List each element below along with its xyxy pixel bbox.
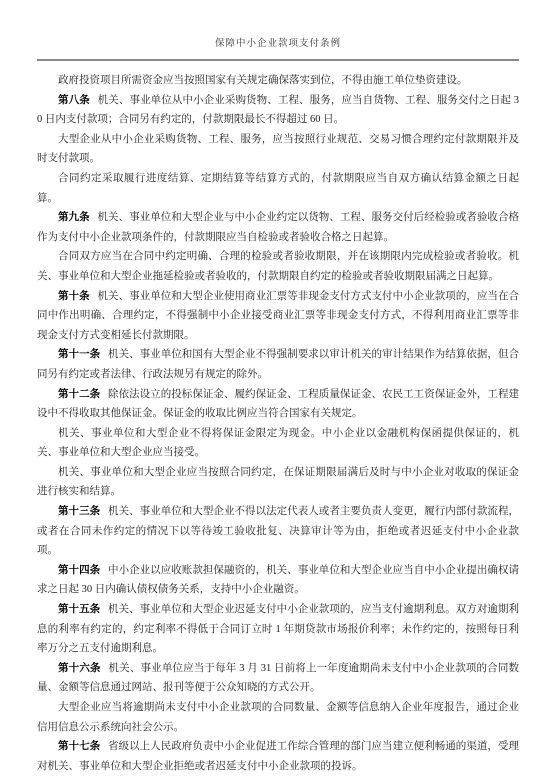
document-body: 政府投资项目所需资金应当按照国家有关规定确保落实到位，不得由施工单位垫资建设。 …: [37, 71, 519, 776]
paragraph-text: 中小企业以应收账款担保融资的，机关、事业单位和大型企业应当自中小企业提出确权请求…: [37, 565, 519, 596]
article-number: 第十三条: [58, 506, 100, 517]
document-paragraph: 第十一条机关、事业单位和国有大型企业不得强制要求以审计机关的审计结果作为结算依据…: [37, 345, 519, 384]
document-paragraph: 第十七条省级以上人民政府负责中小企业促进工作综合管理的部门应当建立便利畅通的渠道…: [37, 737, 519, 776]
paragraph-text: 机关、事业单位和国有大型企业不得强制要求以审计机关的审计结果作为结算依据，但合同…: [37, 349, 519, 380]
article-number: 第十一条: [58, 349, 100, 360]
paragraph-text: 机关、事业单位和大型企业与中小企业约定以货物、工程、服务交付后经检验或者验收合格…: [37, 212, 519, 243]
document-title: 保障中小企业款项支付条例: [215, 39, 341, 49]
document-paragraph: 第十五条机关、事业单位和大型企业迟延支付中小企业款项的，应当支付逾期利息。双方对…: [37, 600, 519, 659]
article-number: 第九条: [58, 212, 90, 223]
article-number: 第十二条: [58, 389, 100, 400]
paragraph-text: 机关、事业单位和大型企业使用商业汇票等非现金支付方式支付中小企业款项的，应当在合…: [37, 291, 519, 341]
page-header: 保障中小企业款项支付条例: [37, 0, 519, 61]
document-paragraph: 机关、事业单位和大型企业应当按照合同约定，在保证期限届满后及时与中小企业对收取的…: [37, 463, 519, 502]
document-paragraph: 大型企业应当将逾期尚未支付中小企业款项的合同数量、金额等信息纳入企业年度报告，通…: [37, 698, 519, 737]
paragraph-text: 机关、事业单位从中小企业采购货物、工程、服务，应当自货物、工程、服务交付之日起 …: [37, 95, 519, 126]
paragraph-text: 机关、事业单位和大型企业应当按照合同约定，在保证期限届满后及时与中小企业对收取的…: [37, 467, 519, 498]
document-paragraph: 第十条机关、事业单位和大型企业使用商业汇票等非现金支付方式支付中小企业款项的，应…: [37, 287, 519, 346]
document-paragraph: 第十二条除依法设立的投标保证金、履约保证金、工程质量保证金、农民工工资保证金外，…: [37, 385, 519, 424]
paragraph-text: 政府投资项目所需资金应当按照国家有关规定确保落实到位，不得由施工单位垫资建设。: [58, 75, 468, 86]
paragraph-text: 合同约定采取履行进度结算、定期结算等结算方式的，付款期限应当自双方确认结算金额之…: [37, 173, 519, 204]
document-paragraph: 第十六条机关、事业单位应当于每年 3 月 31 日前将上一年度逾期尚未支付中小企…: [37, 659, 519, 698]
paragraph-text: 省级以上人民政府负责中小企业促进工作综合管理的部门应当建立便利畅通的渠道，受理对…: [37, 741, 519, 772]
paragraph-text: 除依法设立的投标保证金、履约保证金、工程质量保证金、农民工工资保证金外，工程建设…: [37, 389, 519, 420]
paragraph-text: 合同双方应当在合同中约定明确、合理的检验或者验收期限，并在该期限内完成检验或者验…: [37, 251, 519, 282]
paragraph-text: 机关、事业单位和大型企业不得将保证金限定为现金。中小企业以金融机构保函提供保证的…: [37, 428, 519, 459]
paragraph-text: 机关、事业单位和大型企业不得以法定代表人或者主要负责人变更，履行内部付款流程，或…: [37, 506, 519, 556]
document-paragraph: 机关、事业单位和大型企业不得将保证金限定为现金。中小企业以金融机构保函提供保证的…: [37, 424, 519, 463]
document-paragraph: 第八条机关、事业单位从中小企业采购货物、工程、服务，应当自货物、工程、服务交付之…: [37, 91, 519, 130]
article-number: 第十五条: [58, 604, 100, 615]
document-paragraph: 第十四条中小企业以应收账款担保融资的，机关、事业单位和大型企业应当自中小企业提出…: [37, 561, 519, 600]
document-paragraph: 第十三条机关、事业单位和大型企业不得以法定代表人或者主要负责人变更，履行内部付款…: [37, 502, 519, 561]
document-paragraph: 第九条机关、事业单位和大型企业与中小企业约定以货物、工程、服务交付后经检验或者验…: [37, 208, 519, 247]
article-number: 第十六条: [58, 663, 101, 674]
article-number: 第八条: [58, 95, 90, 106]
article-number: 第十四条: [58, 565, 100, 576]
paragraph-text: 机关、事业单位应当于每年 3 月 31 日前将上一年度逾期尚未支付中小企业款项的…: [37, 663, 519, 694]
document-paragraph: 大型企业从中小企业采购货物、工程、服务，应当按照行业规范、交易习惯合理约定付款期…: [37, 130, 519, 169]
document-paragraph: 合同约定采取履行进度结算、定期结算等结算方式的，付款期限应当自双方确认结算金额之…: [37, 169, 519, 208]
article-number: 第十条: [58, 291, 90, 302]
document-paragraph: 合同双方应当在合同中约定明确、合理的检验或者验收期限，并在该期限内完成检验或者验…: [37, 247, 519, 286]
paragraph-text: 大型企业从中小企业采购货物、工程、服务，应当按照行业规范、交易习惯合理约定付款期…: [37, 134, 519, 165]
document-paragraph: 政府投资项目所需资金应当按照国家有关规定确保落实到位，不得由施工单位垫资建设。: [37, 71, 519, 91]
article-number: 第十七条: [58, 741, 100, 752]
document-page: 保障中小企业款项支付条例 政府投资项目所需资金应当按照国家有关规定确保落实到位，…: [0, 0, 556, 776]
paragraph-text: 机关、事业单位和大型企业迟延支付中小企业款项的，应当支付逾期利息。双方对逾期利息…: [37, 604, 519, 654]
paragraph-text: 大型企业应当将逾期尚未支付中小企业款项的合同数量、金额等信息纳入企业年度报告，通…: [37, 702, 519, 733]
